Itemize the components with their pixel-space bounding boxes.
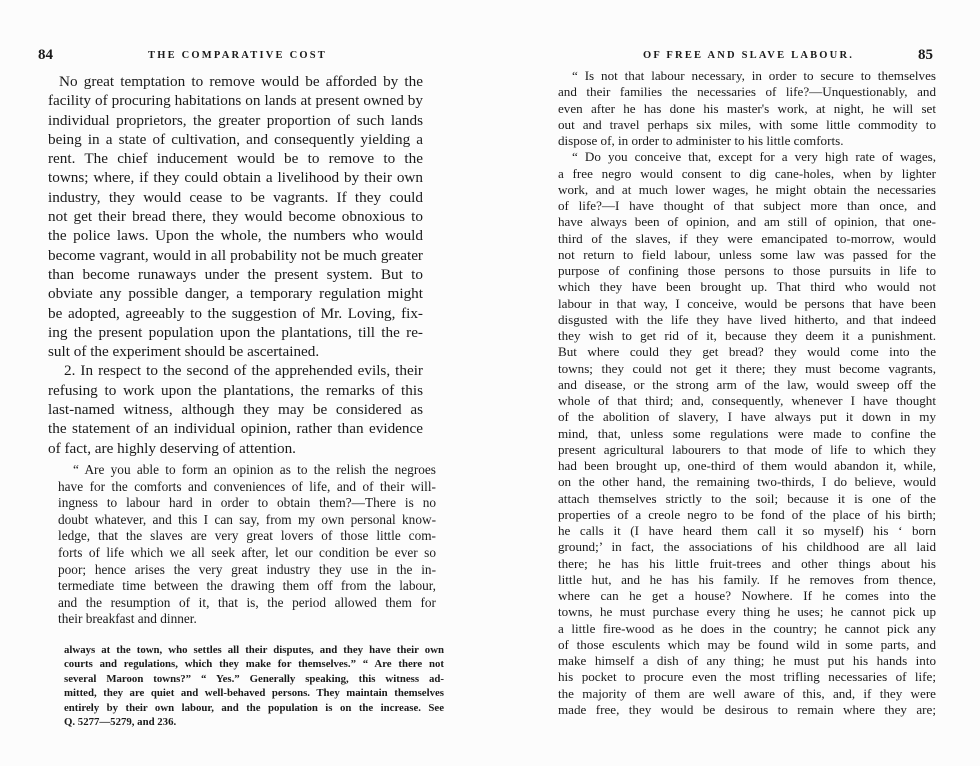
quote-line: poor; hence arises the very great indust… xyxy=(58,562,436,579)
text-line: No great temptation to remove would be a… xyxy=(48,72,423,91)
text-line: towns, he must purchase every thing he u… xyxy=(558,604,936,620)
text-line: which they have been brought up. That th… xyxy=(558,279,936,295)
footnote: always at the town, who settles all thei… xyxy=(64,643,444,729)
text-line: disgusted with the life they have lived … xyxy=(558,312,936,328)
text-line: and disease, or the strong arm of the la… xyxy=(558,377,936,393)
footnote-line: always at the town, who settles all thei… xyxy=(64,643,444,657)
text-line: whole of that third; and, consequently, … xyxy=(558,393,936,409)
text-line: of fact, are highly deserving of attenti… xyxy=(48,439,423,458)
text-line: even after he has done his master's work… xyxy=(558,101,936,117)
text-line: a little fire-wood as he does in the cou… xyxy=(558,621,936,637)
text-line: mind, that, unless some regulations were… xyxy=(558,426,936,442)
footnote-line: mitted, they are quiet and well-behaved … xyxy=(64,686,444,700)
text-line: had been brought up, one-third of them w… xyxy=(558,458,936,474)
text-line: on the other hand, the remaining two-thi… xyxy=(558,474,936,490)
text-line: the majority of them are well aware of t… xyxy=(558,686,936,702)
text-line: and their families the necessaries of li… xyxy=(558,84,936,100)
text-line: purpose of confining those persons to th… xyxy=(558,263,936,279)
text-line: where can he get a house? Nowhere. If he… xyxy=(558,588,936,604)
page-number: 85 xyxy=(918,47,933,64)
footnote-line: several Maroon towns?” “ Yes.” Generally… xyxy=(64,672,444,686)
text-line: sult of the experiment should be ascerta… xyxy=(48,342,423,361)
text-line: properties of a creole negro to be fond … xyxy=(558,507,936,523)
text-line: towns; where, if they could obtain a liv… xyxy=(48,168,423,187)
text-line: than become runaways under the present s… xyxy=(48,265,423,284)
footnote-line: Q. 5277—5279, and 236. xyxy=(64,715,444,729)
quote-line: doubt whatever, and this I can say, from… xyxy=(58,512,436,529)
text-line: make himself a dish of any thing; he mus… xyxy=(558,653,936,669)
text-line: refusing to work upon the plantations, t… xyxy=(48,381,423,400)
text-line: industry, they would cease to be vagrant… xyxy=(48,188,423,207)
text-line: made free, they would be desirous to rem… xyxy=(558,702,936,718)
text-line: towns; they could not get it there; they… xyxy=(558,361,936,377)
text-line: ground;’ in fact, the associations of hi… xyxy=(558,539,936,555)
footnote-line: courts and regulations, which they make … xyxy=(64,657,444,671)
text-line: of those esculents which may be found wi… xyxy=(558,637,936,653)
text-line: his pocket to procure even the most trif… xyxy=(558,669,936,685)
text-line: being in a state of cultivation, and con… xyxy=(48,130,423,149)
right-page: OF FREE AND SLAVE LABOUR. 85 “ Is not th… xyxy=(490,0,980,766)
text-line: there; he has his little fruit-trees and… xyxy=(558,556,936,572)
quote-line: their breakfast and dinner. xyxy=(58,611,436,628)
text-line: they wish to get rid of it, because they… xyxy=(558,328,936,344)
text-line: “ Do you conceive that, except for a ver… xyxy=(558,149,936,165)
text-line: rent. The chief inducement would be to r… xyxy=(48,149,423,168)
text-line: facility of procuring habitations on lan… xyxy=(48,91,423,110)
page-number: 84 xyxy=(38,47,53,64)
text-line: the statement of an individual opinion, … xyxy=(48,419,423,438)
body-text: “ Is not that labour necessary, in order… xyxy=(558,68,936,718)
body-text: No great temptation to remove would be a… xyxy=(48,72,423,458)
quote-line: forts of life which we all seek after, l… xyxy=(58,545,436,562)
text-line: But where could they get bread? they wou… xyxy=(558,344,936,360)
block-quote: “ Are you able to form an opinion as to … xyxy=(58,462,436,628)
quote-line: ledge, that the slaves are very great lo… xyxy=(58,528,436,545)
text-line: ing the present population upon the plan… xyxy=(48,323,423,342)
text-line: a free negro would consent to dig cane-h… xyxy=(558,166,936,182)
text-line: dispose of, in order to administer to hi… xyxy=(558,133,936,149)
text-line: the police laws. Upon the whole, the num… xyxy=(48,226,423,245)
quote-line: have for the comforts and conveniences o… xyxy=(58,479,436,496)
text-line: obviate any possible danger, a temporary… xyxy=(48,284,423,303)
text-line: he calls it (I have heard them call it s… xyxy=(558,523,936,539)
quote-line: ingness to labour hard in order to obtai… xyxy=(58,495,436,512)
running-title: OF FREE AND SLAVE LABOUR. xyxy=(643,50,854,61)
text-line: work, and at much lower wages, he might … xyxy=(558,182,936,198)
text-line: not return to field labour, unless some … xyxy=(558,247,936,263)
text-line: not get their bread there, they would be… xyxy=(48,207,423,226)
text-line: present agricultural labourers to that m… xyxy=(558,442,936,458)
text-line: labour in that way, I conceive, would be… xyxy=(558,296,936,312)
quote-line: termediate time between the drawing them… xyxy=(58,578,436,595)
text-line: attach themselves strictly to the soil; … xyxy=(558,491,936,507)
running-title: THE COMPARATIVE COST xyxy=(148,50,327,61)
text-line: become vagrant, would in all probability… xyxy=(48,246,423,265)
text-line: out and travel perhaps six miles, with s… xyxy=(558,117,936,133)
text-line: little hut, and he has his family. If he… xyxy=(558,572,936,588)
quote-line: and the resumption of it, that is, the p… xyxy=(58,595,436,612)
text-line: of life?—I have thought of that subject … xyxy=(558,198,936,214)
text-line: be adopted, agreeably to the suggestion … xyxy=(48,304,423,323)
text-line: 2. In respect to the second of the appre… xyxy=(48,361,423,380)
text-line: have always been of opinion, and am stil… xyxy=(558,214,936,230)
text-line: “ Is not that labour necessary, in order… xyxy=(558,68,936,84)
text-line: of the abolition of slavery, I have alwa… xyxy=(558,409,936,425)
footnote-line: entirely by their own labour, and the po… xyxy=(64,701,444,715)
text-line: last-named witness, although they may be… xyxy=(48,400,423,419)
quote-line: “ Are you able to form an opinion as to … xyxy=(58,462,436,479)
text-line: individual proprietors, the greater prop… xyxy=(48,111,423,130)
left-page: 84 THE COMPARATIVE COST No great temptat… xyxy=(0,0,490,766)
text-line: third of the slaves, if they were emanci… xyxy=(558,231,936,247)
